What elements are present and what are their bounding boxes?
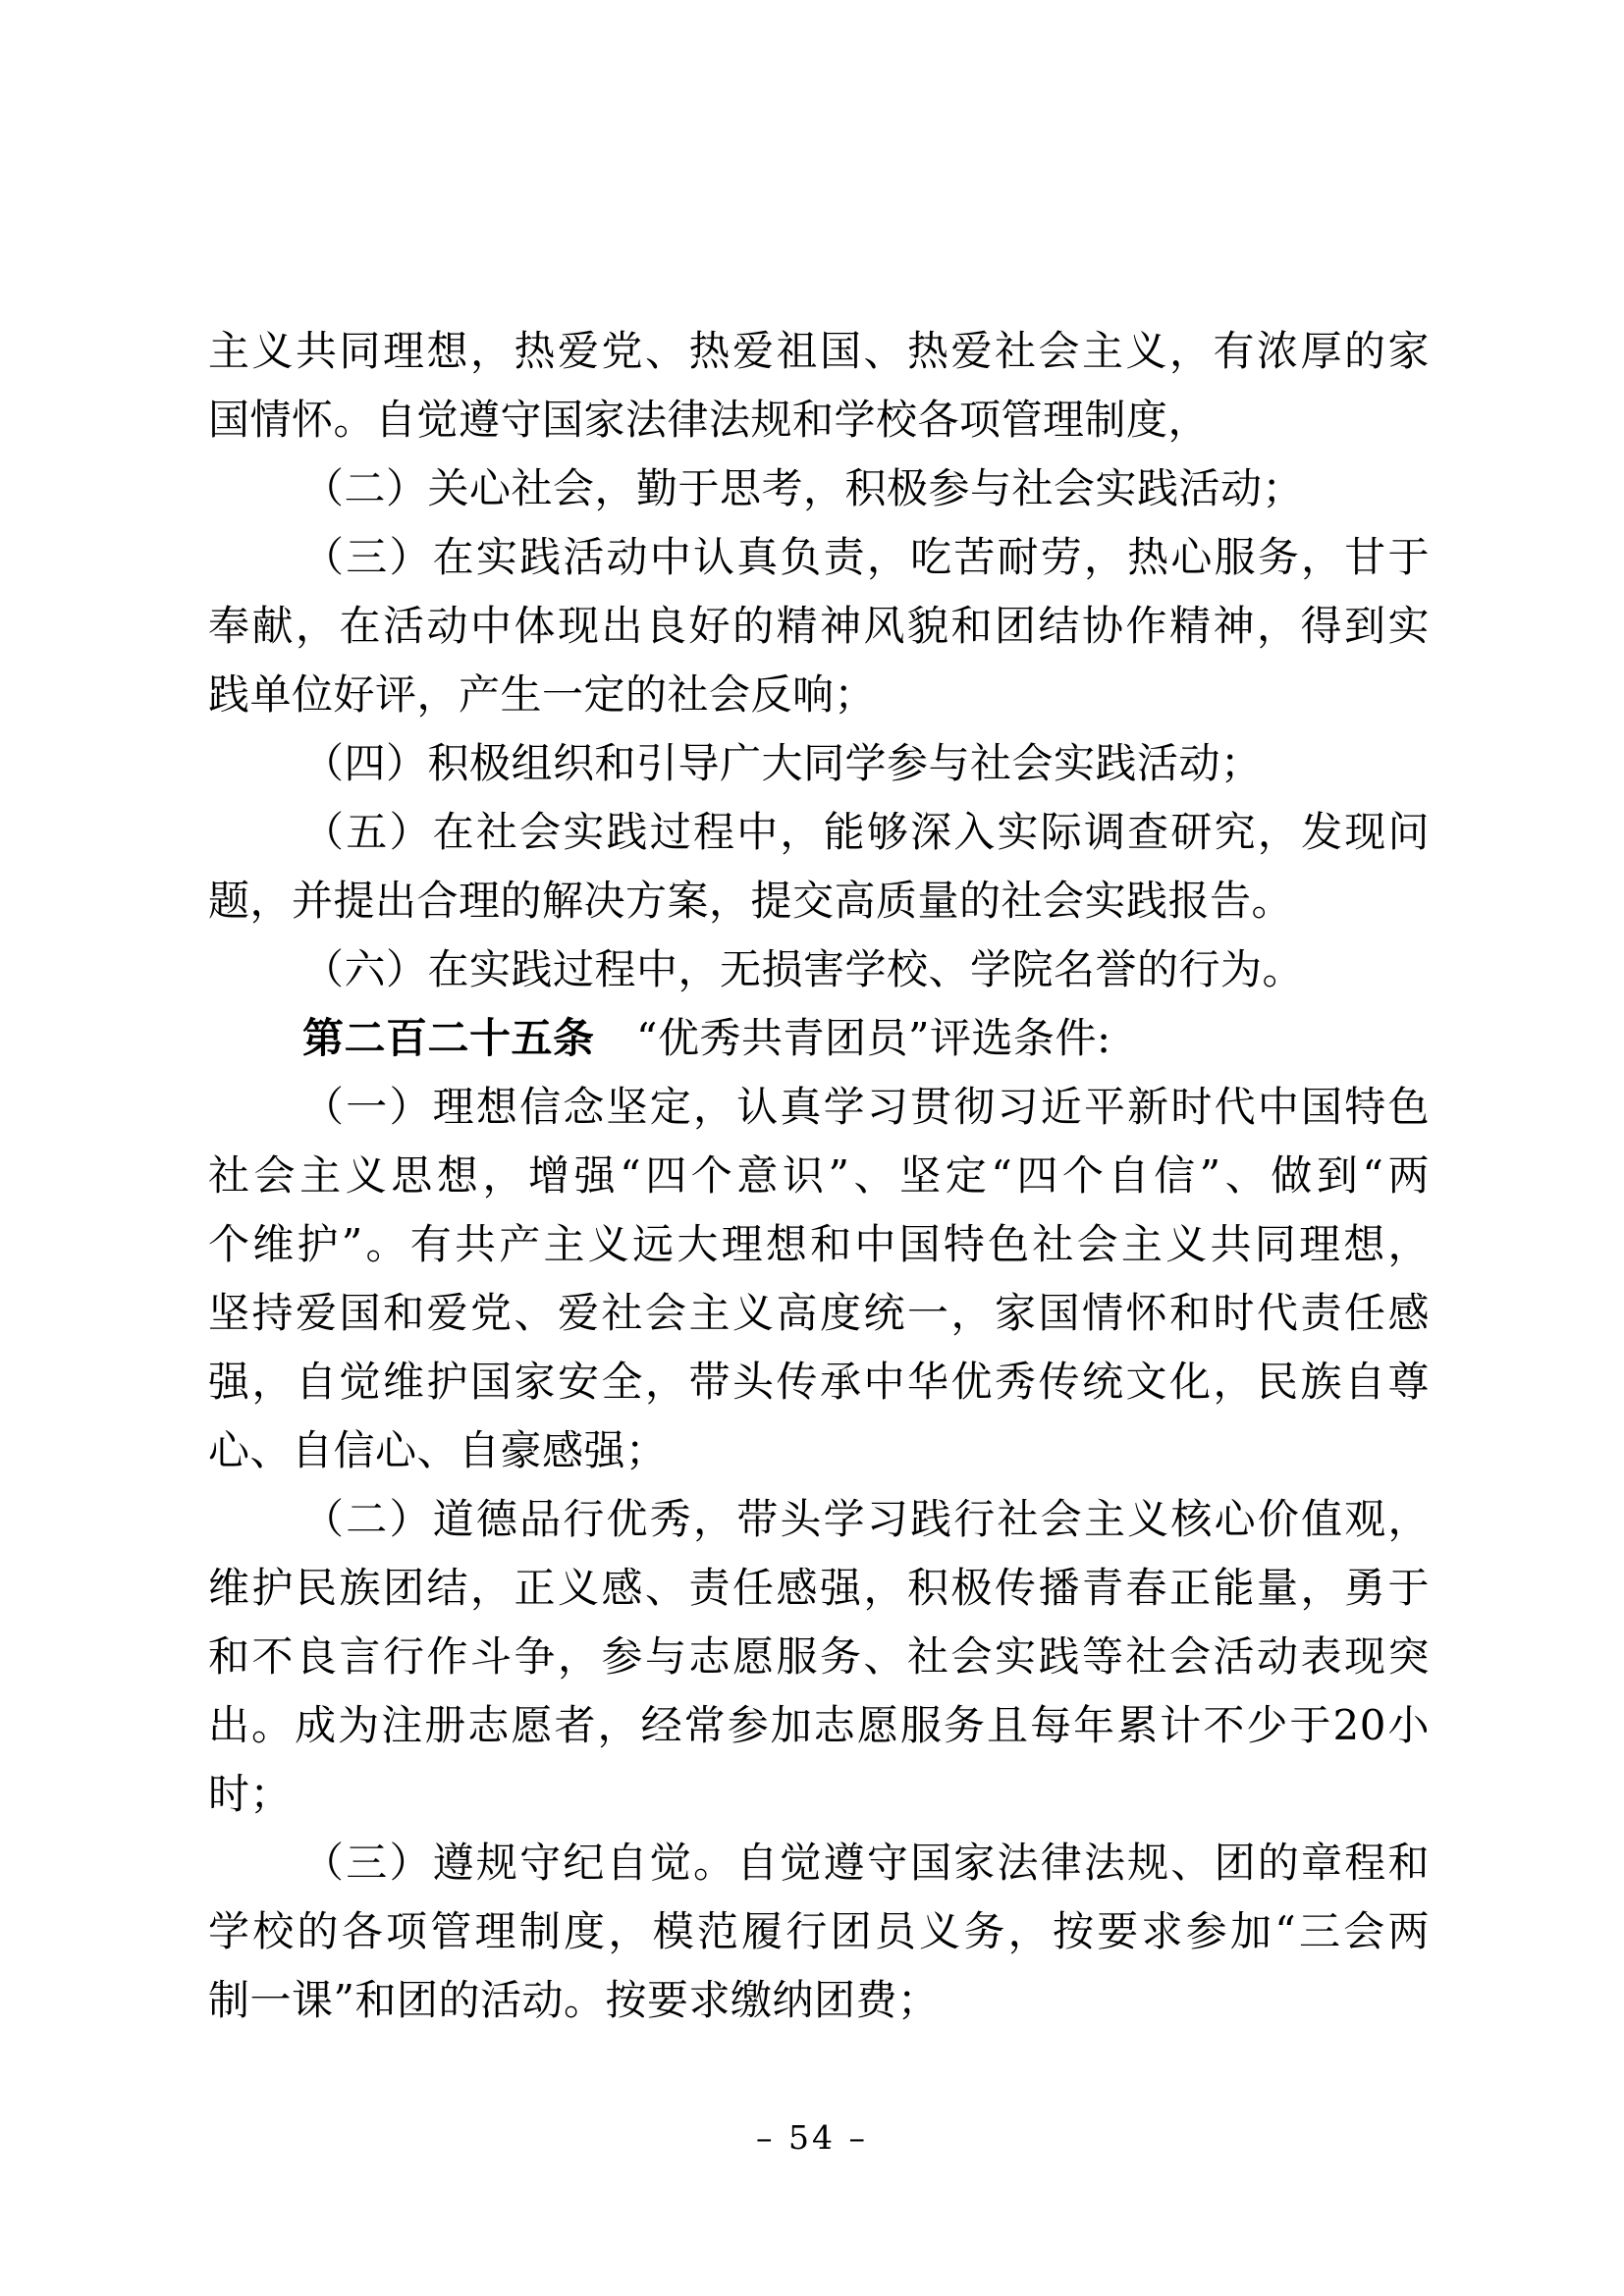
- text-segment: （六）在实践过程中，无损害学校、学院名誉的行为。: [302, 945, 1304, 993]
- text-line: 社会主义思想，增强“四个意识”、坚定“四个自信”、做到“两: [208, 1142, 1430, 1210]
- text-segment: （二）道德品行优秀，带头学习践行社会主义核心价值观，: [302, 1495, 1430, 1543]
- body-text: 主义共同理想，热爱党、热爱祖国、热爱社会主义，有浓厚的家国情怀。自觉遵守国家法律…: [208, 317, 1430, 2035]
- text-line: 制一课”和团的活动。按要求缴纳团费；: [208, 1966, 1430, 2035]
- text-line: 出。成为注册志愿者，经常参加志愿服务且每年累计不少于20小: [208, 1691, 1430, 1760]
- text-line: 学校的各项管理制度，模范履行团员义务，按要求参加“三会两: [208, 1897, 1430, 1966]
- text-segment: （三）在实践活动中认真负责，吃苦耐劳，热心服务，甘于: [302, 533, 1430, 581]
- text-segment: 学校的各项管理制度，模范履行团员义务，按要求参加“三会两: [208, 1907, 1430, 1955]
- text-line: 第二百二十五条 “优秀共青团员”评选条件:: [208, 1004, 1430, 1073]
- text-line: （二）道德品行优秀，带头学习践行社会主义核心价值观，: [208, 1485, 1430, 1554]
- text-line: 题，并提出合理的解决方案，提交高质量的社会实践报告。: [208, 867, 1430, 935]
- text-segment: 社会主义思想，增强“四个意识”、坚定“四个自信”、做到“两: [208, 1151, 1430, 1200]
- text-segment: 个维护”。有共产主义远大理想和中国特色社会主义共同理想，: [208, 1220, 1430, 1268]
- document-page: 主义共同理想，热爱党、热爱祖国、热爱社会主义，有浓厚的家国情怀。自觉遵守国家法律…: [0, 0, 1624, 2296]
- text-segment: （二）关心社会，勤于思考，积极参与社会实践活动；: [302, 464, 1304, 512]
- text-line: 坚持爱国和爱党、爱社会主义高度统一，家国情怀和时代责任感: [208, 1279, 1430, 1348]
- text-segment: 奉献，在活动中体现出良好的精神风貌和团结协作精神，得到实: [208, 602, 1430, 650]
- text-line: 强，自觉维护国家安全，带头传承中华优秀传统文化，民族自尊: [208, 1348, 1430, 1416]
- text-line: （四）积极组织和引导广大同学参与社会实践活动；: [208, 729, 1430, 798]
- text-segment: （三）遵规守纪自觉。自觉遵守国家法律法规、团的章程和: [302, 1839, 1430, 1887]
- text-line: （五）在社会实践过程中，能够深入实际调查研究，发现问: [208, 798, 1430, 867]
- text-segment: 强，自觉维护国家安全，带头传承中华优秀传统文化，民族自尊: [208, 1358, 1430, 1406]
- text-line: （三）遵规守纪自觉。自觉遵守国家法律法规、团的章程和: [208, 1829, 1430, 1897]
- text-segment: “优秀共青团员”评选条件:: [595, 1014, 1111, 1062]
- text-line: 奉献，在活动中体现出良好的精神风貌和团结协作精神，得到实: [208, 592, 1430, 661]
- text-segment: 心、自信心、自豪感强；: [208, 1426, 668, 1474]
- text-line: （六）在实践过程中，无损害学校、学院名誉的行为。: [208, 935, 1430, 1004]
- text-segment: （四）积极组织和引导广大同学参与社会实践活动；: [302, 739, 1263, 787]
- text-segment: 出。成为注册志愿者，经常参加志愿服务且每年累计不少于20小: [208, 1701, 1430, 1749]
- text-segment: 题，并提出合理的解决方案，提交高质量的社会实践报告。: [208, 877, 1293, 925]
- text-line: （三）在实践活动中认真负责，吃苦耐劳，热心服务，甘于: [208, 523, 1430, 592]
- article-number: 第二百二十五条: [302, 1014, 595, 1062]
- text-segment: 践单位好评，产生一定的社会反响；: [208, 670, 876, 719]
- text-segment: 时；: [208, 1770, 292, 1818]
- text-line: 时；: [208, 1760, 1430, 1829]
- text-segment: 维护民族团结，正义感、责任感强，积极传播青春正能量，勇于: [208, 1564, 1430, 1612]
- text-line: 维护民族团结，正义感、责任感强，积极传播青春正能量，勇于: [208, 1554, 1430, 1623]
- text-segment: 坚持爱国和爱党、爱社会主义高度统一，家国情怀和时代责任感: [208, 1289, 1430, 1337]
- text-line: 主义共同理想，热爱党、热爱祖国、热爱社会主义，有浓厚的家: [208, 317, 1430, 386]
- text-segment: 国情怀。自觉遵守国家法律法规和学校各项管理制度，: [208, 396, 1210, 444]
- text-line: 和不良言行作斗争，参与志愿服务、社会实践等社会活动表现突: [208, 1623, 1430, 1691]
- text-segment: （一）理想信念坚定，认真学习贯彻习近平新时代中国特色: [302, 1083, 1430, 1131]
- text-segment: （五）在社会实践过程中，能够深入实际调查研究，发现问: [302, 808, 1430, 856]
- text-line: （二）关心社会，勤于思考，积极参与社会实践活动；: [208, 454, 1430, 523]
- text-segment: 主义共同理想，热爱党、热爱祖国、热爱社会主义，有浓厚的家: [208, 327, 1430, 375]
- text-segment: 制一课”和团的活动。按要求缴纳团费；: [208, 1976, 939, 2024]
- text-line: 践单位好评，产生一定的社会反响；: [208, 661, 1430, 729]
- text-line: 国情怀。自觉遵守国家法律法规和学校各项管理制度，: [208, 386, 1430, 454]
- text-segment: 和不良言行作斗争，参与志愿服务、社会实践等社会活动表现突: [208, 1632, 1430, 1681]
- text-line: （一）理想信念坚定，认真学习贯彻习近平新时代中国特色: [208, 1073, 1430, 1142]
- text-line: 心、自信心、自豪感强；: [208, 1416, 1430, 1485]
- text-line: 个维护”。有共产主义远大理想和中国特色社会主义共同理想，: [208, 1210, 1430, 1279]
- page-number: – 54 –: [0, 2118, 1624, 2158]
